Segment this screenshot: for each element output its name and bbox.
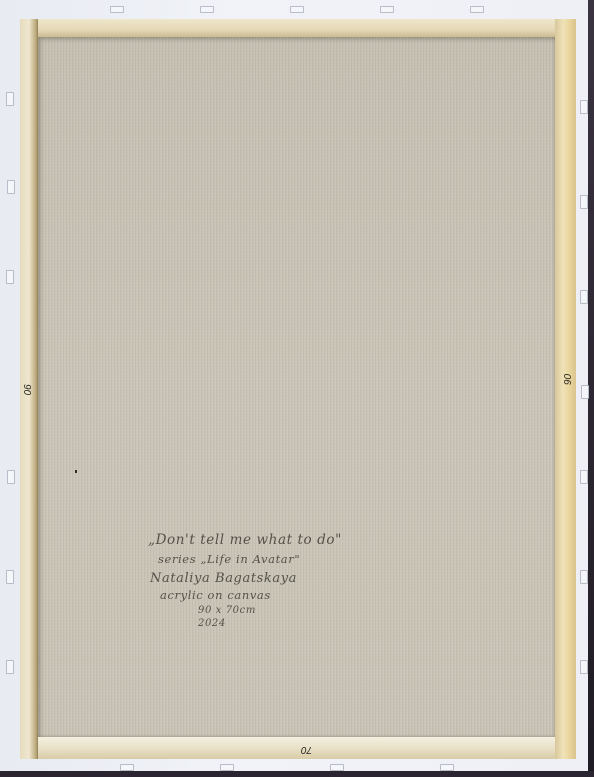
staple bbox=[6, 270, 14, 284]
background-edge-bottom bbox=[0, 771, 594, 777]
staple bbox=[580, 470, 588, 484]
staple bbox=[580, 570, 588, 584]
linen-speck bbox=[75, 470, 77, 473]
staple bbox=[290, 6, 304, 13]
staple bbox=[380, 6, 394, 13]
staple bbox=[580, 660, 588, 674]
staple bbox=[330, 764, 344, 771]
handwritten-inscription: „Don't tell me what to do" series „Life … bbox=[146, 532, 406, 629]
stretcher-bar-top bbox=[20, 19, 568, 37]
staple bbox=[6, 660, 14, 674]
staple bbox=[581, 385, 589, 399]
staple bbox=[200, 6, 214, 13]
staple bbox=[580, 195, 588, 209]
staple bbox=[7, 180, 15, 194]
artwork-medium: acrylic on canvas bbox=[160, 588, 406, 602]
staple bbox=[580, 100, 588, 114]
stretcher-mark-bottom: 70 bbox=[301, 744, 312, 755]
stretcher-bar-bottom bbox=[20, 737, 568, 759]
staple bbox=[120, 764, 134, 771]
stretcher-bar-right bbox=[555, 19, 576, 759]
artwork-title: „Don't tell me what to do" bbox=[148, 532, 406, 548]
stretcher-mark-right: 90 bbox=[563, 374, 574, 385]
artist-name: Nataliya Bagatskaya bbox=[150, 571, 406, 586]
staple bbox=[6, 92, 14, 106]
canvas-back-photo: 90 90 70 „Don't tell me what to do" seri… bbox=[0, 0, 594, 777]
staple bbox=[470, 6, 484, 13]
staple bbox=[110, 6, 124, 13]
staple bbox=[220, 764, 234, 771]
artwork-year: 2024 bbox=[198, 618, 406, 629]
staple bbox=[7, 470, 15, 484]
staple bbox=[6, 570, 14, 584]
staple bbox=[580, 290, 588, 304]
linen-canvas-back bbox=[38, 37, 555, 737]
artwork-series: series „Life in Avatar" bbox=[158, 552, 406, 566]
artwork-size: 90 x 70cm bbox=[198, 605, 406, 616]
staple bbox=[440, 764, 454, 771]
stretcher-mark-left: 90 bbox=[21, 384, 32, 395]
